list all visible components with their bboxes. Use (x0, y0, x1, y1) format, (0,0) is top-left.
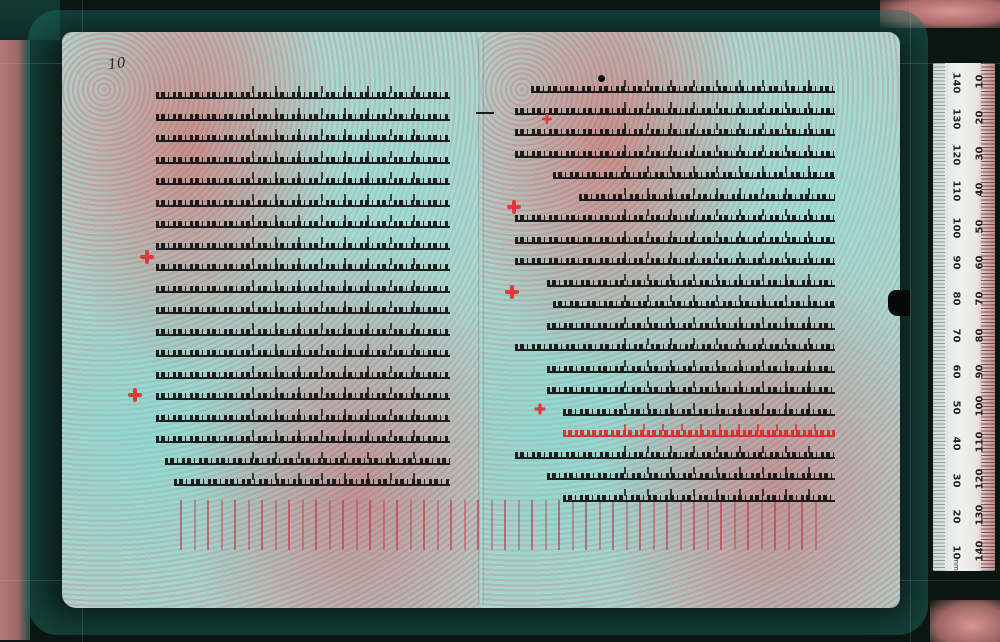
scale-ruler: 140130120110100908070605040302010 102030… (933, 63, 995, 571)
text-line (515, 229, 835, 251)
ruler-tick-label: 110 (975, 435, 986, 453)
text-line (150, 385, 450, 407)
ruler-tick-label: 20 (951, 508, 962, 526)
ruler-tick-label: 100 (951, 217, 962, 235)
text-line (515, 100, 835, 122)
ruler-tick-label: 10 (975, 72, 986, 90)
gutter-mark (476, 112, 494, 114)
text-line (515, 444, 835, 466)
ruler-tick-label: 110 (951, 181, 962, 199)
text-line (150, 450, 450, 472)
text-line (515, 293, 835, 315)
text-line (515, 207, 835, 229)
ruler-tick-label: 130 (951, 108, 962, 126)
text-line (150, 428, 450, 450)
background-bottom-right-glow (930, 600, 1000, 642)
ruler-tick-label: 100 (975, 399, 986, 417)
text-line (150, 149, 450, 171)
text-line (150, 471, 450, 493)
ruler-tick-label: 140 (951, 72, 962, 90)
ruler-tick-label: 120 (951, 145, 962, 163)
text-line (515, 143, 835, 165)
ruler-tick-label: 130 (975, 508, 986, 526)
ruler-tick-label: 80 (951, 290, 962, 308)
text-line (515, 465, 835, 487)
ruler-tick-label: 90 (951, 254, 962, 272)
text-line (150, 127, 450, 149)
text-line (150, 256, 450, 278)
text-line (150, 213, 450, 235)
ruler-inner-scale: 140130120110100908070605040302010 (947, 63, 965, 571)
ruler-tick-label: 90 (975, 362, 986, 380)
text-line (515, 358, 835, 380)
left-text-column (150, 84, 450, 493)
red-marker-icon (505, 285, 519, 299)
background-left-edge (0, 40, 30, 640)
text-line (150, 170, 450, 192)
text-line (150, 299, 450, 321)
ruler-outer-scale: 102030405060708090100110120130140 (971, 63, 989, 571)
text-line (150, 321, 450, 343)
grid-line (910, 0, 911, 642)
text-line (515, 272, 835, 294)
text-line (150, 84, 450, 106)
red-marker-icon (507, 200, 521, 214)
ruler-tick-label: 50 (951, 399, 962, 417)
red-marker-icon (542, 114, 552, 124)
text-line (150, 235, 450, 257)
text-line (515, 487, 835, 509)
red-marker-icon (140, 250, 154, 264)
ruler-tick-label: 80 (975, 326, 986, 344)
text-line (515, 315, 835, 337)
right-text-column (515, 78, 835, 508)
ruler-tick-label: 60 (951, 362, 962, 380)
ruler-tick-label: 140 (975, 544, 986, 562)
text-line (150, 407, 450, 429)
text-line (150, 364, 450, 386)
text-line (515, 186, 835, 208)
text-line (515, 401, 835, 423)
text-line (150, 106, 450, 128)
ruler-tick-label: 40 (951, 435, 962, 453)
ruler-tick-label: 50 (975, 217, 986, 235)
ruler-tick-label: 60 (975, 254, 986, 272)
ruler-tick-label: 40 (975, 181, 986, 199)
ruler-ticks-inner (933, 63, 945, 571)
rubric-line (515, 422, 835, 444)
ruler-tick-label: 70 (975, 290, 986, 308)
text-line (515, 250, 835, 272)
ruler-unit: mm (952, 557, 960, 571)
text-line (515, 336, 835, 358)
ruler-tick-label: 120 (975, 471, 986, 489)
red-marker-icon (534, 403, 545, 414)
page-notch (888, 290, 910, 316)
text-line (515, 379, 835, 401)
red-marker-icon (128, 388, 142, 402)
ruler-tick-label: 30 (951, 471, 962, 489)
text-line (150, 342, 450, 364)
text-line (150, 192, 450, 214)
text-line (515, 164, 835, 186)
text-line (515, 121, 835, 143)
ruler-tick-label: 30 (975, 145, 986, 163)
ruler-tick-label: 70 (951, 326, 962, 344)
folio-number: 10 (107, 55, 127, 73)
ruler-tick-label: 20 (975, 108, 986, 126)
text-line (150, 278, 450, 300)
text-line (515, 78, 835, 100)
